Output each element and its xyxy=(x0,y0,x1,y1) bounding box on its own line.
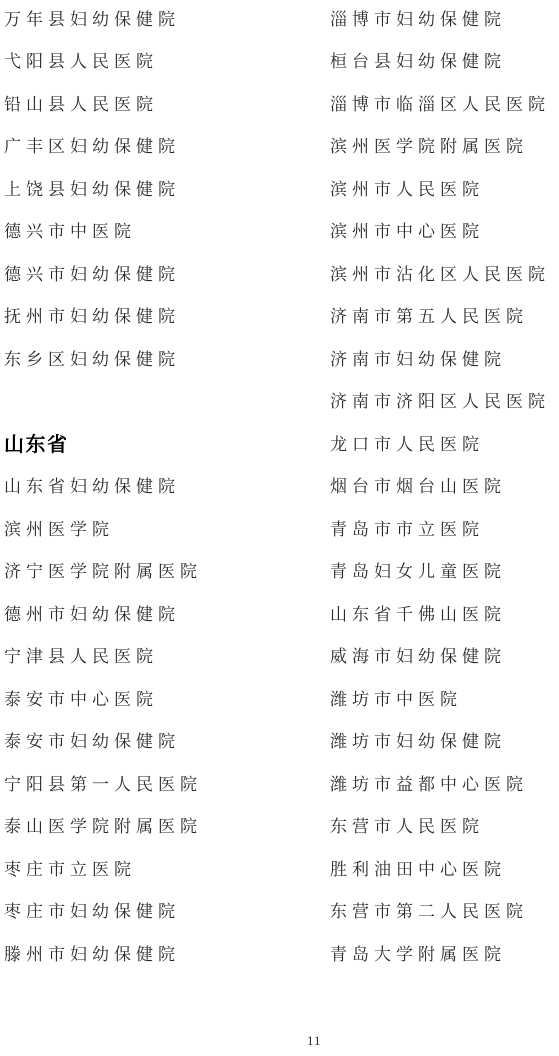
hospital-list-item: 滨州市中心医院 xyxy=(330,209,550,252)
hospital-list-item: 德兴市中医院 xyxy=(4,209,202,252)
hospital-list-item: 广丰区妇幼保健院 xyxy=(4,124,202,167)
hospital-list-item: 淄博市临淄区人民医院 xyxy=(330,81,550,124)
hospital-list-item: 东营市人民医院 xyxy=(330,804,550,847)
hospital-list-item: 潍坊市妇幼保健院 xyxy=(330,719,550,762)
hospital-list-item: 泰安市妇幼保健院 xyxy=(4,719,202,762)
hospital-list-item: 滨州市沾化区人民医院 xyxy=(330,251,550,294)
hospital-list-item: 枣庄市妇幼保健院 xyxy=(4,889,202,932)
hospital-list-item: 泰安市中心医院 xyxy=(4,676,202,719)
hospital-list-item: 上饶县妇幼保健院 xyxy=(4,166,202,209)
hospital-list-item: 潍坊市益都中心医院 xyxy=(330,761,550,804)
hospital-list-item: 威海市妇幼保健院 xyxy=(330,634,550,677)
hospital-list-item: 胜利油田中心医院 xyxy=(330,846,550,889)
hospital-list-item: 龙口市人民医院 xyxy=(330,421,550,464)
hospital-list-item: 宁津县人民医院 xyxy=(4,634,202,677)
document-page: 万年县妇幼保健院弋阳县人民医院铅山县人民医院广丰区妇幼保健院上饶县妇幼保健院德兴… xyxy=(0,0,559,1056)
hospital-list-item: 济南市济阳区人民医院 xyxy=(330,379,550,422)
hospital-list-item: 德州市妇幼保健院 xyxy=(4,591,202,634)
hospital-list-item: 铅山县人民医院 xyxy=(4,81,202,124)
row-spacer xyxy=(4,379,202,422)
hospital-list-item: 滨州医学院 xyxy=(4,506,202,549)
hospital-list-item: 山东省千佛山医院 xyxy=(330,591,550,634)
hospital-list-column-left: 万年县妇幼保健院弋阳县人民医院铅山县人民医院广丰区妇幼保健院上饶县妇幼保健院德兴… xyxy=(4,0,202,974)
hospital-list-item: 潍坊市中医院 xyxy=(330,676,550,719)
hospital-list-item: 枣庄市立医院 xyxy=(4,846,202,889)
hospital-list-item: 青岛妇女儿童医院 xyxy=(330,549,550,592)
hospital-list-item: 东乡区妇幼保健院 xyxy=(4,336,202,379)
hospital-list-item: 抚州市妇幼保健院 xyxy=(4,294,202,337)
province-header: 山东省 xyxy=(4,421,202,464)
hospital-list-item: 山东省妇幼保健院 xyxy=(4,464,202,507)
hospital-list-item: 烟台市烟台山医院 xyxy=(330,464,550,507)
hospital-list-item: 万年县妇幼保健院 xyxy=(4,0,202,39)
hospital-list-item: 滨州市人民医院 xyxy=(330,166,550,209)
hospital-list-item: 青岛市市立医院 xyxy=(330,506,550,549)
hospital-list-item: 德兴市妇幼保健院 xyxy=(4,251,202,294)
hospital-list-item: 东营市第二人民医院 xyxy=(330,889,550,932)
hospital-list-item: 济宁医学院附属医院 xyxy=(4,549,202,592)
hospital-list-item: 济南市妇幼保健院 xyxy=(330,336,550,379)
hospital-list-item: 青岛大学附属医院 xyxy=(330,931,550,974)
page-number: 11 xyxy=(307,1033,322,1049)
hospital-list-item: 济南市第五人民医院 xyxy=(330,294,550,337)
hospital-list-item: 滨州医学院附属医院 xyxy=(330,124,550,167)
hospital-list-item: 桓台县妇幼保健院 xyxy=(330,39,550,82)
hospital-list-item: 宁阳县第一人民医院 xyxy=(4,761,202,804)
hospital-list-item: 淄博市妇幼保健院 xyxy=(330,0,550,39)
hospital-list-item: 滕州市妇幼保健院 xyxy=(4,931,202,974)
hospital-list-item: 弋阳县人民医院 xyxy=(4,39,202,82)
hospital-list-column-right: 淄博市妇幼保健院桓台县妇幼保健院淄博市临淄区人民医院滨州医学院附属医院滨州市人民… xyxy=(330,0,550,974)
hospital-list-item: 泰山医学院附属医院 xyxy=(4,804,202,847)
